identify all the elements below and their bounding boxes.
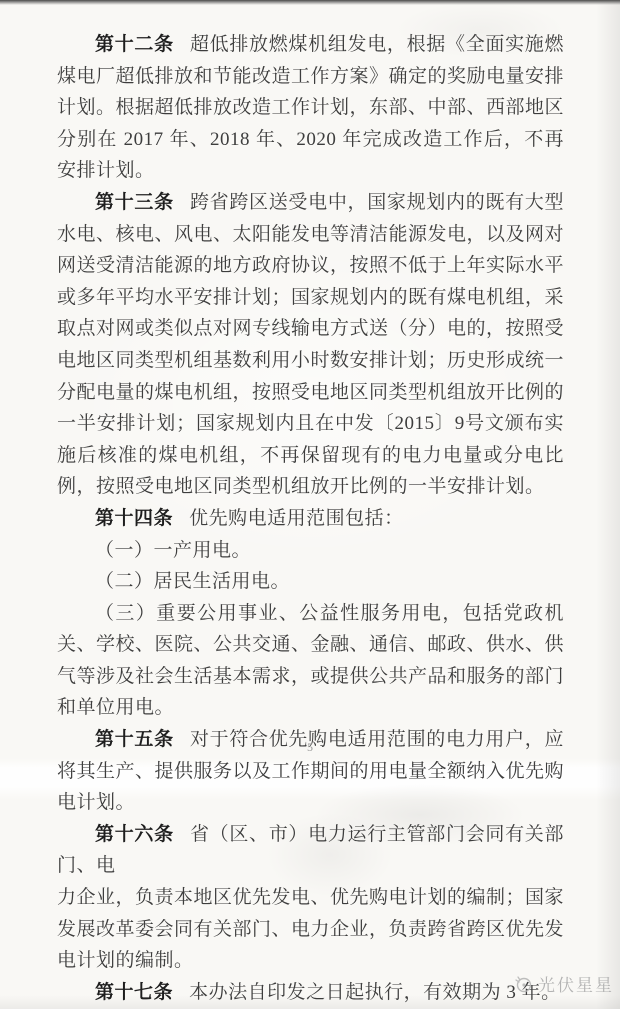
article-paragraph: 第十二条超低排放燃煤机组发电，根据《全面实施燃煤电厂超低排放和节能改造工作方案》… (57, 29, 564, 187)
list-item-two: （二）居民生活用电。 (57, 566, 564, 598)
watermark: 光伏星星 (513, 971, 614, 996)
article-text: 优先购电适用范围包括： (189, 508, 404, 529)
pv-star-logo-icon (513, 974, 533, 994)
page-number: 5 (0, 740, 620, 755)
article-paragraph: 第十五条对于符合优先购电适用范围的电力用户，应将其生产、提供服务以及工作期间的用… (57, 724, 564, 819)
article-number-label: 第十二条 (95, 34, 174, 55)
page-2-text-block: 力企业，负责本地区优先发电、优先购电计划的编制；国家发展改革委会同有关部门、电力… (57, 882, 564, 1008)
scan-top-edge (0, 0, 620, 5)
article-paragraph-continuation: 力企业，负责本地区优先发电、优先购电计划的编制；国家发展改革委会同有关部门、电力… (57, 882, 564, 977)
article-text: （二）居民生活用电。 (95, 571, 290, 592)
article-text: 跨省跨区送受电中，国家规划内的既有大型水电、核电、风电、太阳能发电等清洁能源发电… (57, 192, 564, 497)
list-item-three: （三）重要公用事业、公益性服务用电，包括党政机关、学校、医院、公共交通、金融、通… (57, 598, 564, 724)
article-text: 超低排放燃煤机组发电，根据《全面实施燃煤电厂超低排放和节能改造工作方案》确定的奖… (57, 34, 564, 181)
list-item-one: （一）一产用电。 (57, 535, 564, 567)
article-paragraph: 第十六条省（区、市）电力运行主管部门会同有关部门、电 (57, 819, 564, 882)
article-text: （一）一产用电。 (95, 540, 251, 561)
article-number-label: 第十四条 (95, 508, 173, 529)
article-text: 力企业，负责本地区优先发电、优先购电计划的编制；国家发展改革委会同有关部门、电力… (57, 887, 564, 971)
scan-right-edge-shadow (596, 0, 620, 1009)
document-page: 第十二条超低排放燃煤机组发电，根据《全面实施燃煤电厂超低排放和节能改造工作方案》… (0, 0, 620, 1009)
watermark-text: 光伏星星 (538, 971, 614, 996)
article-text: （三）重要公用事业、公益性服务用电，包括党政机关、学校、医院、公共交通、金融、通… (57, 603, 564, 719)
article-number-label: 第十三条 (95, 192, 174, 213)
article-paragraph: 第十七条本办法自印发之日起执行，有效期为 3 年。 (57, 977, 564, 1009)
article-text: 本办法自印发之日起执行，有效期为 3 年。 (189, 982, 561, 1003)
article-number-label: 第十六条 (95, 824, 174, 845)
article-paragraph: 第十四条优先购电适用范围包括： (57, 503, 564, 535)
article-paragraph: 第十三条跨省跨区送受电中，国家规划内的既有大型水电、核电、风电、太阳能发电等清洁… (57, 187, 564, 503)
article-number-label: 第十七条 (95, 982, 173, 1003)
